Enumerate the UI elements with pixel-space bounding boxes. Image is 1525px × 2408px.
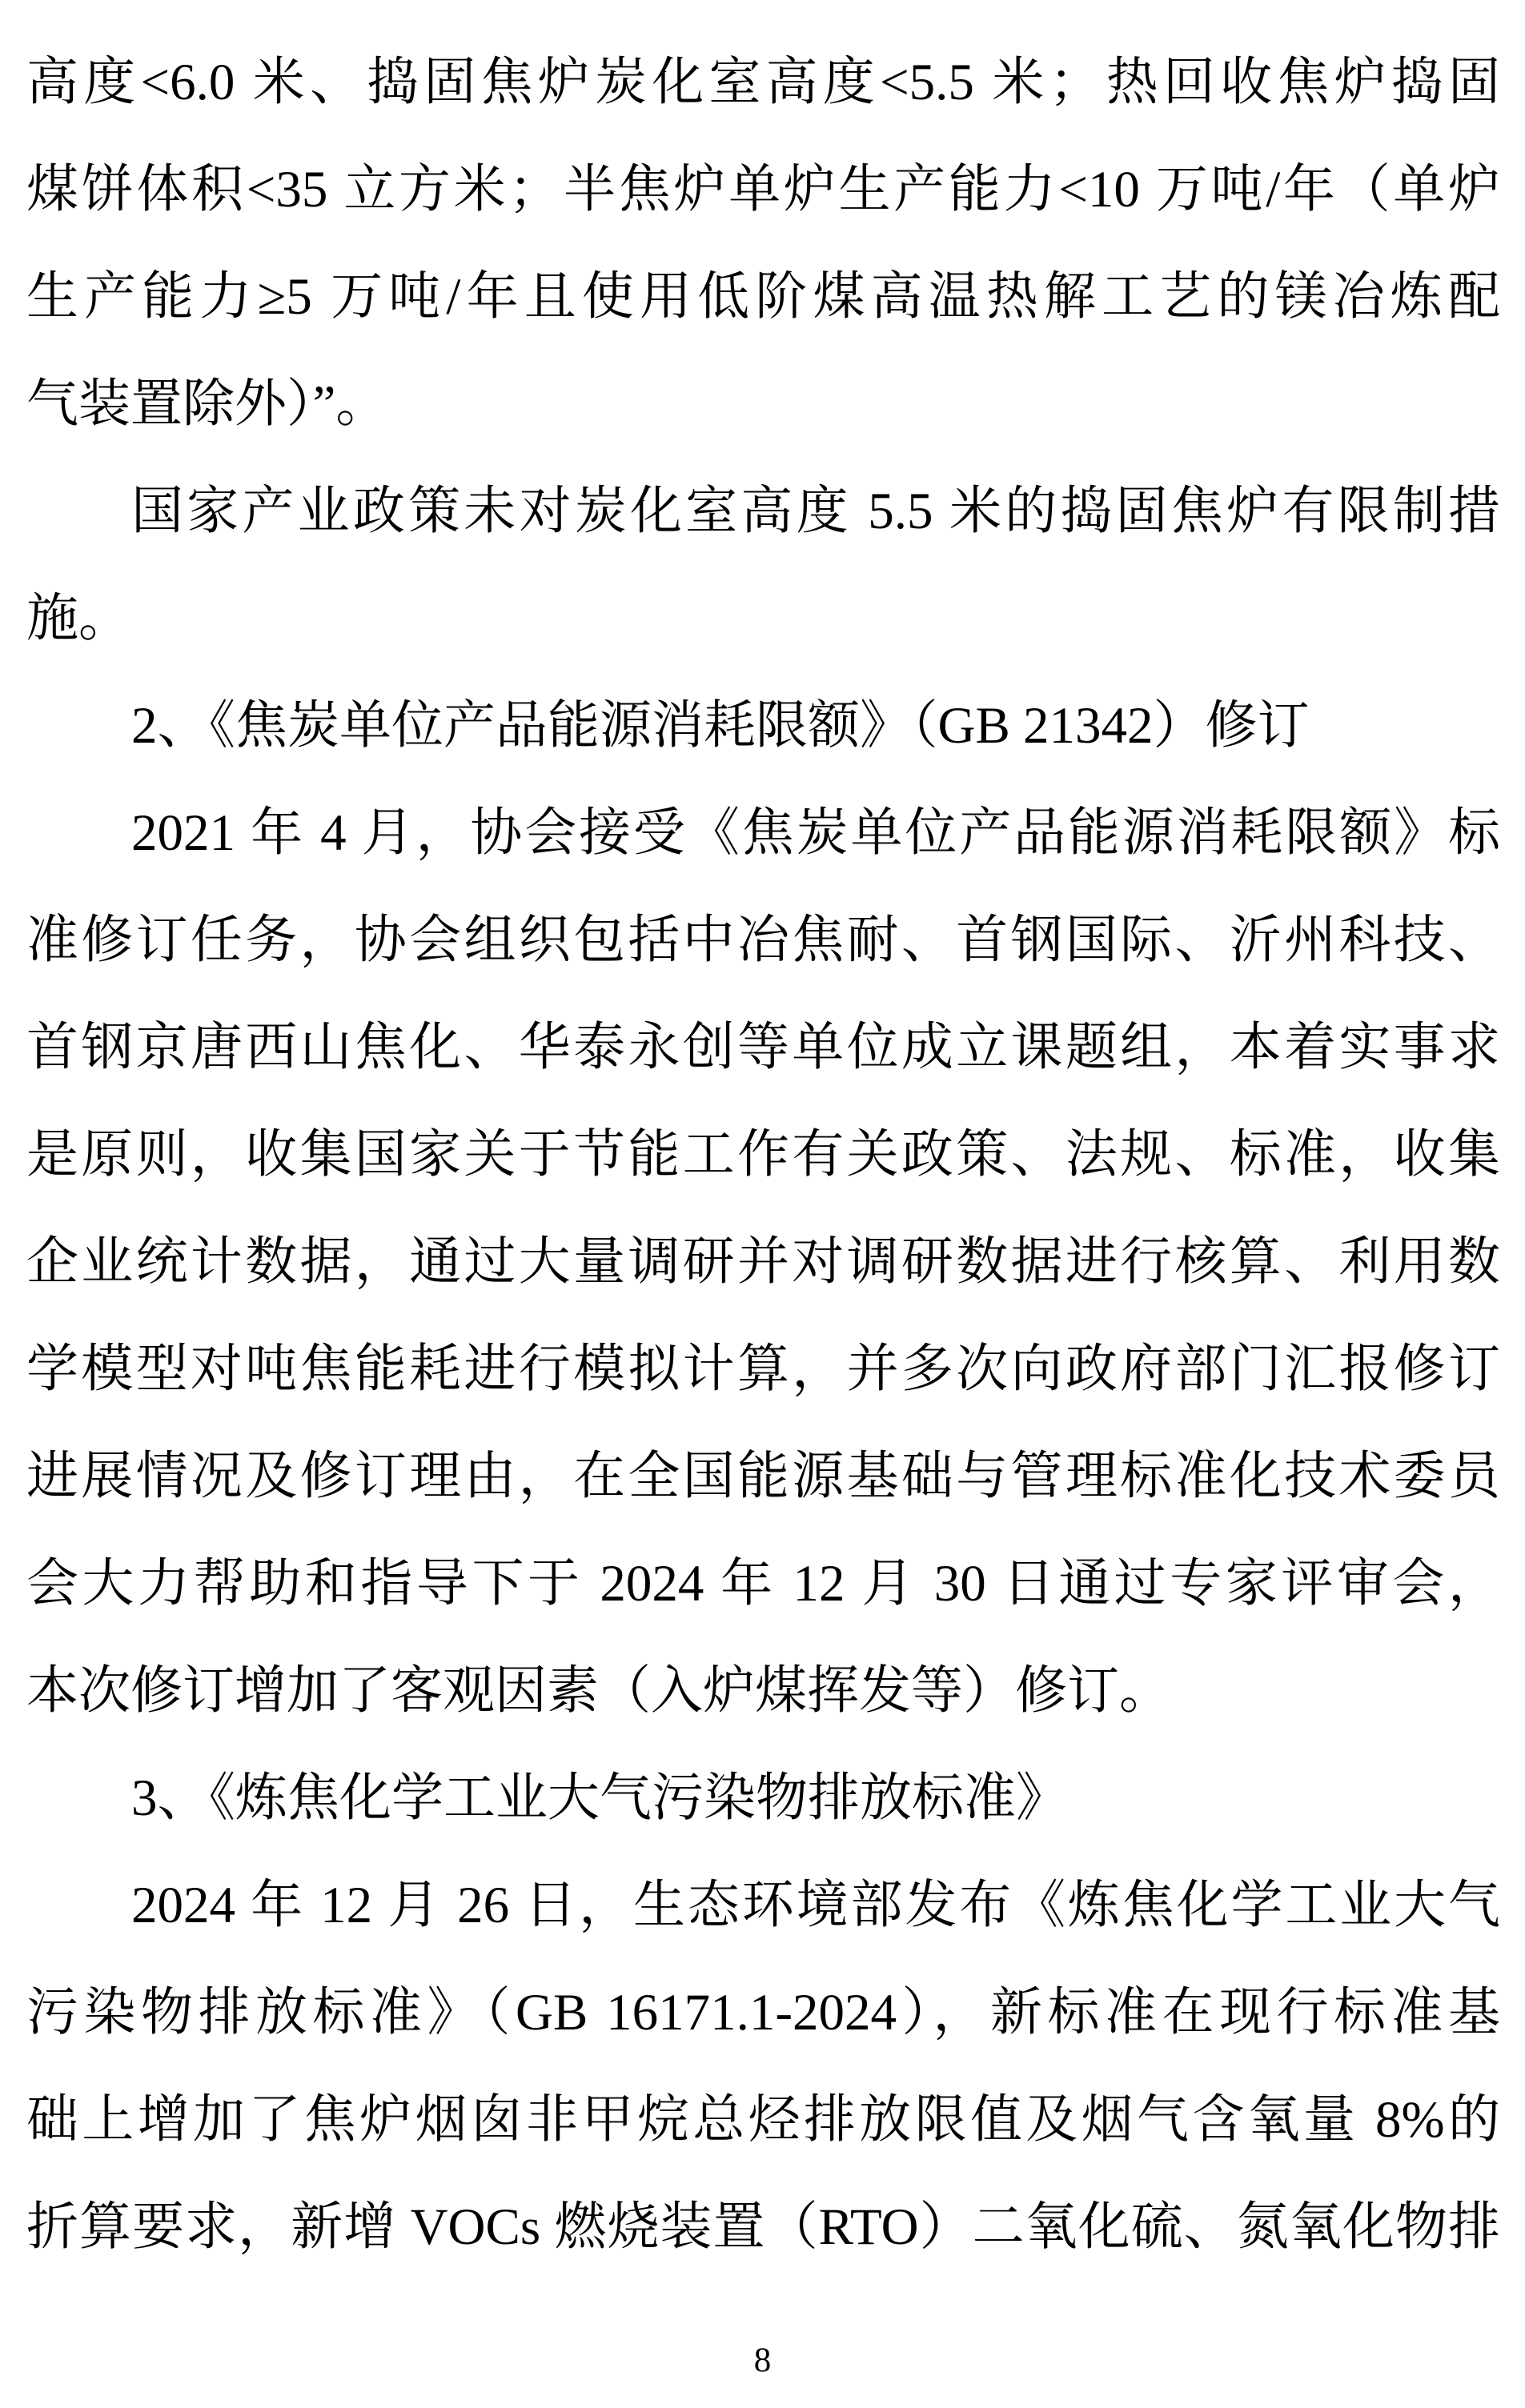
text-line: 企业统计数据，通过大量调研并对调研数据进行核算、利用数 bbox=[26, 1208, 1500, 1316]
text-line: 2、《焦炭单位产品能源消耗限额》（GB 21342）修订 bbox=[26, 672, 1500, 779]
text-line: 3、《炼焦化学工业大气污染物排放标准》 bbox=[26, 1745, 1500, 1852]
text-line: 施。 bbox=[26, 565, 1500, 672]
text-line: 2024 年 12 月 26 日，生态环境部发布《炼焦化学工业大气 bbox=[26, 1852, 1500, 1959]
text-line: 2021 年 4 月，协会接受《焦炭单位产品能源消耗限额》标 bbox=[26, 779, 1500, 887]
text-line: 础上增加了焦炉烟囱非甲烷总烃排放限值及烟气含氧量 8%的 bbox=[26, 2066, 1500, 2174]
text-line: 污染物排放标准》（GB 16171.1-2024），新标准在现行标准基 bbox=[26, 1959, 1500, 2066]
text-line: 进展情况及修订理由，在全国能源基础与管理标准化技术委员 bbox=[26, 1423, 1500, 1530]
text-line: 生产能力≥5 万吨/年且使用低阶煤高温热解工艺的镁冶炼配 bbox=[26, 243, 1500, 351]
document-body: 高度<6.0 米、捣固焦炉炭化室高度<5.5 米；热回收焦炉捣固煤饼体积<35 … bbox=[26, 29, 1500, 2281]
text-line: 首钢京唐西山焦化、华泰永创等单位成立课题组，本着实事求 bbox=[26, 994, 1500, 1101]
text-line: 气装置除外）”。 bbox=[26, 351, 1500, 458]
document-page: 高度<6.0 米、捣固焦炉炭化室高度<5.5 米；热回收焦炉捣固煤饼体积<35 … bbox=[0, 0, 1525, 2408]
text-line: 煤饼体积<35 立方米；半焦炉单炉生产能力<10 万吨/年（单炉 bbox=[26, 136, 1500, 243]
text-line: 高度<6.0 米、捣固焦炉炭化室高度<5.5 米；热回收焦炉捣固 bbox=[26, 29, 1500, 136]
text-line: 国家产业政策未对炭化室高度 5.5 米的捣固焦炉有限制措 bbox=[26, 458, 1500, 565]
text-line: 本次修订增加了客观因素（入炉煤挥发等）修订。 bbox=[26, 1637, 1500, 1745]
text-line: 会大力帮助和指导下于 2024 年 12 月 30 日通过专家评审会， bbox=[26, 1530, 1500, 1637]
text-line: 学模型对吨焦能耗进行模拟计算，并多次向政府部门汇报修订 bbox=[26, 1316, 1500, 1423]
text-line: 折算要求，新增 VOCs 燃烧装置（RTO）二氧化硫、氮氧化物排 bbox=[26, 2174, 1500, 2281]
page-number: 8 bbox=[0, 2337, 1525, 2385]
text-line: 准修订任务，协会组织包括中冶焦耐、首钢国际、沂州科技、 bbox=[26, 887, 1500, 994]
text-line: 是原则，收集国家关于节能工作有关政策、法规、标准，收集 bbox=[26, 1101, 1500, 1208]
